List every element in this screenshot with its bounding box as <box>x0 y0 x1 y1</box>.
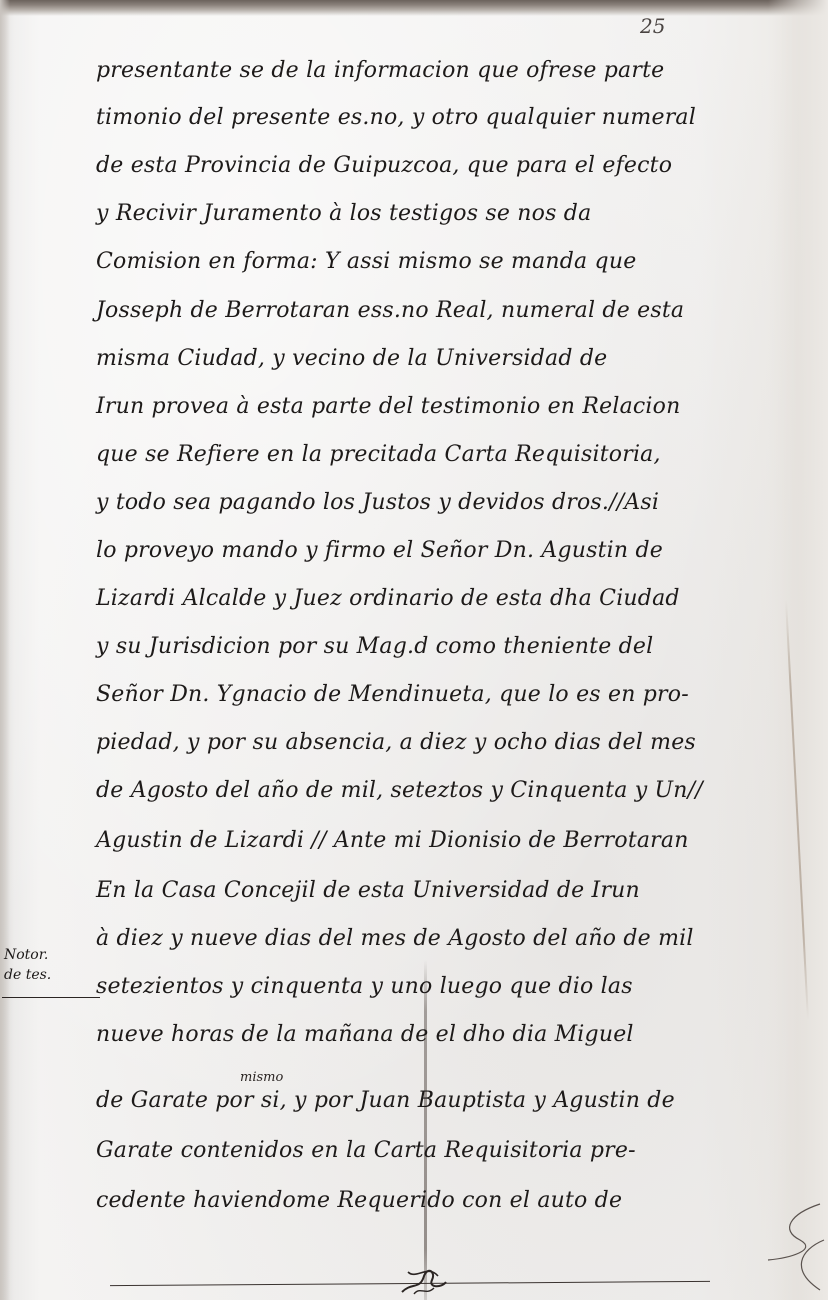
text-line: de esta Provincia de Guipuzcoa, que para… <box>96 153 672 178</box>
text-line: misma Ciudad, y vecino de la Universidad… <box>96 346 607 371</box>
text-line: cedente haviendome Requerido con el auto… <box>96 1188 622 1213</box>
text-line: Agustin de Lizardi // Ante mi Dionisio d… <box>96 828 689 853</box>
margin-rule <box>2 997 100 998</box>
paper-fold <box>424 960 427 1300</box>
text-line: Josseph de Berrotaran ess.no Real, numer… <box>96 298 684 323</box>
text-line: piedad, y por su absencia, a diez y ocho… <box>96 730 696 755</box>
text-line: y su Jurisdicion por su Mag.d como theni… <box>96 634 653 659</box>
margin-annotation-line: Notor. <box>4 945 96 965</box>
text-line: nueve horas de la mañana de el dho dia M… <box>96 1022 634 1047</box>
text-line: de Garate por si, y por Juan Bauptista y… <box>96 1088 675 1113</box>
paraph-flourish-icon <box>760 1200 828 1300</box>
interlinear-insertion: mismo <box>240 1070 283 1085</box>
text-line: Garate contenidos en la Carta Requisitor… <box>96 1138 636 1163</box>
text-line: timonio del presente es.no, y otro qualq… <box>96 105 696 130</box>
margin-annotation: Notor. de tes. <box>4 945 96 985</box>
text-line: Lizardi Alcalde y Juez ordinario de esta… <box>96 586 680 611</box>
text-line: Irun provea à esta parte del testimonio … <box>96 394 680 419</box>
text-line: En la Casa Concejil de esta Universidad … <box>96 878 640 903</box>
text-line: à diez y nueve dias del mes de Agosto de… <box>96 926 694 951</box>
page-left-shadow <box>0 0 10 1300</box>
text-line: de Agosto del año de mil, seteztos y Cin… <box>96 778 703 803</box>
text-line: y Recivir Juramento à los testigos se no… <box>96 201 591 226</box>
text-line: Señor Dn. Ygnacio de Mendinueta, que lo … <box>96 682 689 707</box>
text-line: que se Refiere en la precitada Carta Req… <box>96 442 661 467</box>
text-line: presentante se de la informacion que ofr… <box>96 58 664 83</box>
margin-annotation-line: de tes. <box>4 965 96 985</box>
text-line: Comision en forma: Y assi mismo se manda… <box>96 249 636 274</box>
folio-number: 25 <box>640 14 665 38</box>
page-right-edge <box>768 0 828 1300</box>
text-line: y todo sea pagando los Justos y devidos … <box>96 490 659 515</box>
page-top-edge <box>0 0 828 16</box>
rubric-flourish-icon <box>398 1262 450 1296</box>
manuscript-page: 25 presentante se de la informacion que … <box>0 0 828 1300</box>
text-line: setezientos y cinquenta y uno luego que … <box>96 974 633 999</box>
text-line: lo proveyo mando y firmo el Señor Dn. Ag… <box>96 538 663 563</box>
